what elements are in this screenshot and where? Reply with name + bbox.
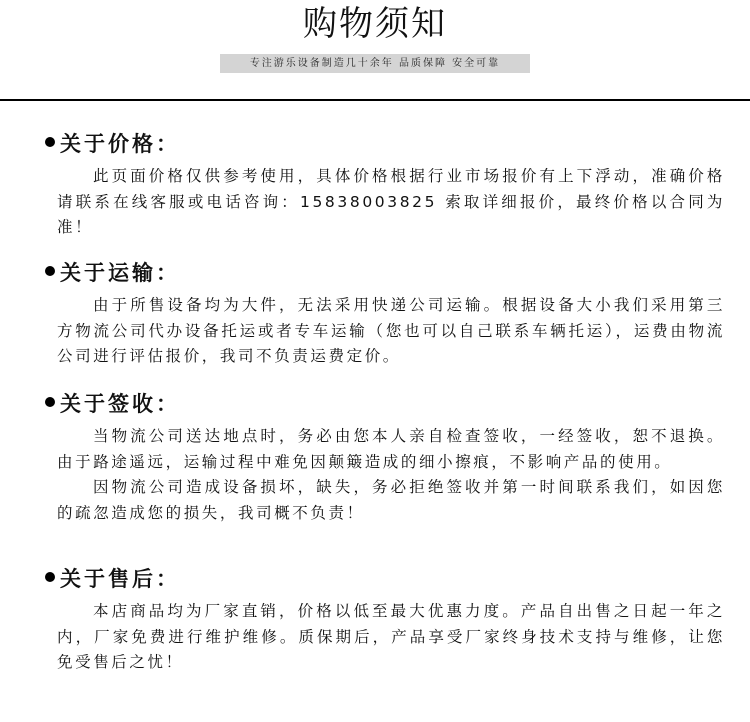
bullet-icon xyxy=(45,397,55,407)
section-paragraph: 此页面价格仅供参考使用，具体价格根据行业市场报价有上下浮动，准确价格请联系在线客… xyxy=(45,164,725,241)
section-heading: 关于价格： xyxy=(45,130,725,158)
section-paragraph: 因物流公司造成设备损坏，缺失，务必拒绝签收并第一时间联系我们，如因您的疏忽造成您… xyxy=(45,475,725,526)
slogan-banner: 专注游乐设备制造几十余年 品质保障 安全可靠 xyxy=(220,54,530,73)
section-heading: 关于运输： xyxy=(45,259,725,287)
heading-text: 关于售后： xyxy=(60,567,180,591)
section-after-sales: 关于售后： 本店商品均为厂家直销，价格以低至最大优惠力度。产品自出售之日起一年之… xyxy=(45,565,725,676)
section-paragraph: 本店商品均为厂家直销，价格以低至最大优惠力度。产品自出售之日起一年之内，厂家免费… xyxy=(45,599,725,676)
section-shipping: 关于运输： 由于所售设备均为大件，无法采用快递公司运输。根据设备大小我们采用第三… xyxy=(45,259,725,370)
section-paragraph: 由于所售设备均为大件，无法采用快递公司运输。根据设备大小我们采用第三方物流公司代… xyxy=(45,293,725,370)
bullet-icon xyxy=(45,572,55,582)
section-heading: 关于签收： xyxy=(45,390,725,418)
heading-text: 关于运输： xyxy=(60,261,180,285)
bullet-icon xyxy=(45,266,55,276)
heading-text: 关于价格： xyxy=(60,132,180,156)
heading-text: 关于签收： xyxy=(60,392,180,416)
section-price: 关于价格： 此页面价格仅供参考使用，具体价格根据行业市场报价有上下浮动，准确价格… xyxy=(45,130,725,241)
bullet-icon xyxy=(45,137,55,147)
section-receipt: 关于签收： 当物流公司送达地点时，务必由您本人亲自检查签收，一经签收，恕不退换。… xyxy=(45,390,725,526)
page-title: 购物须知 xyxy=(0,2,750,46)
section-heading: 关于售后： xyxy=(45,565,725,593)
section-paragraph: 当物流公司送达地点时，务必由您本人亲自检查签收，一经签收，恕不退换。由于路途遥远… xyxy=(45,424,725,475)
header-divider xyxy=(0,99,750,101)
